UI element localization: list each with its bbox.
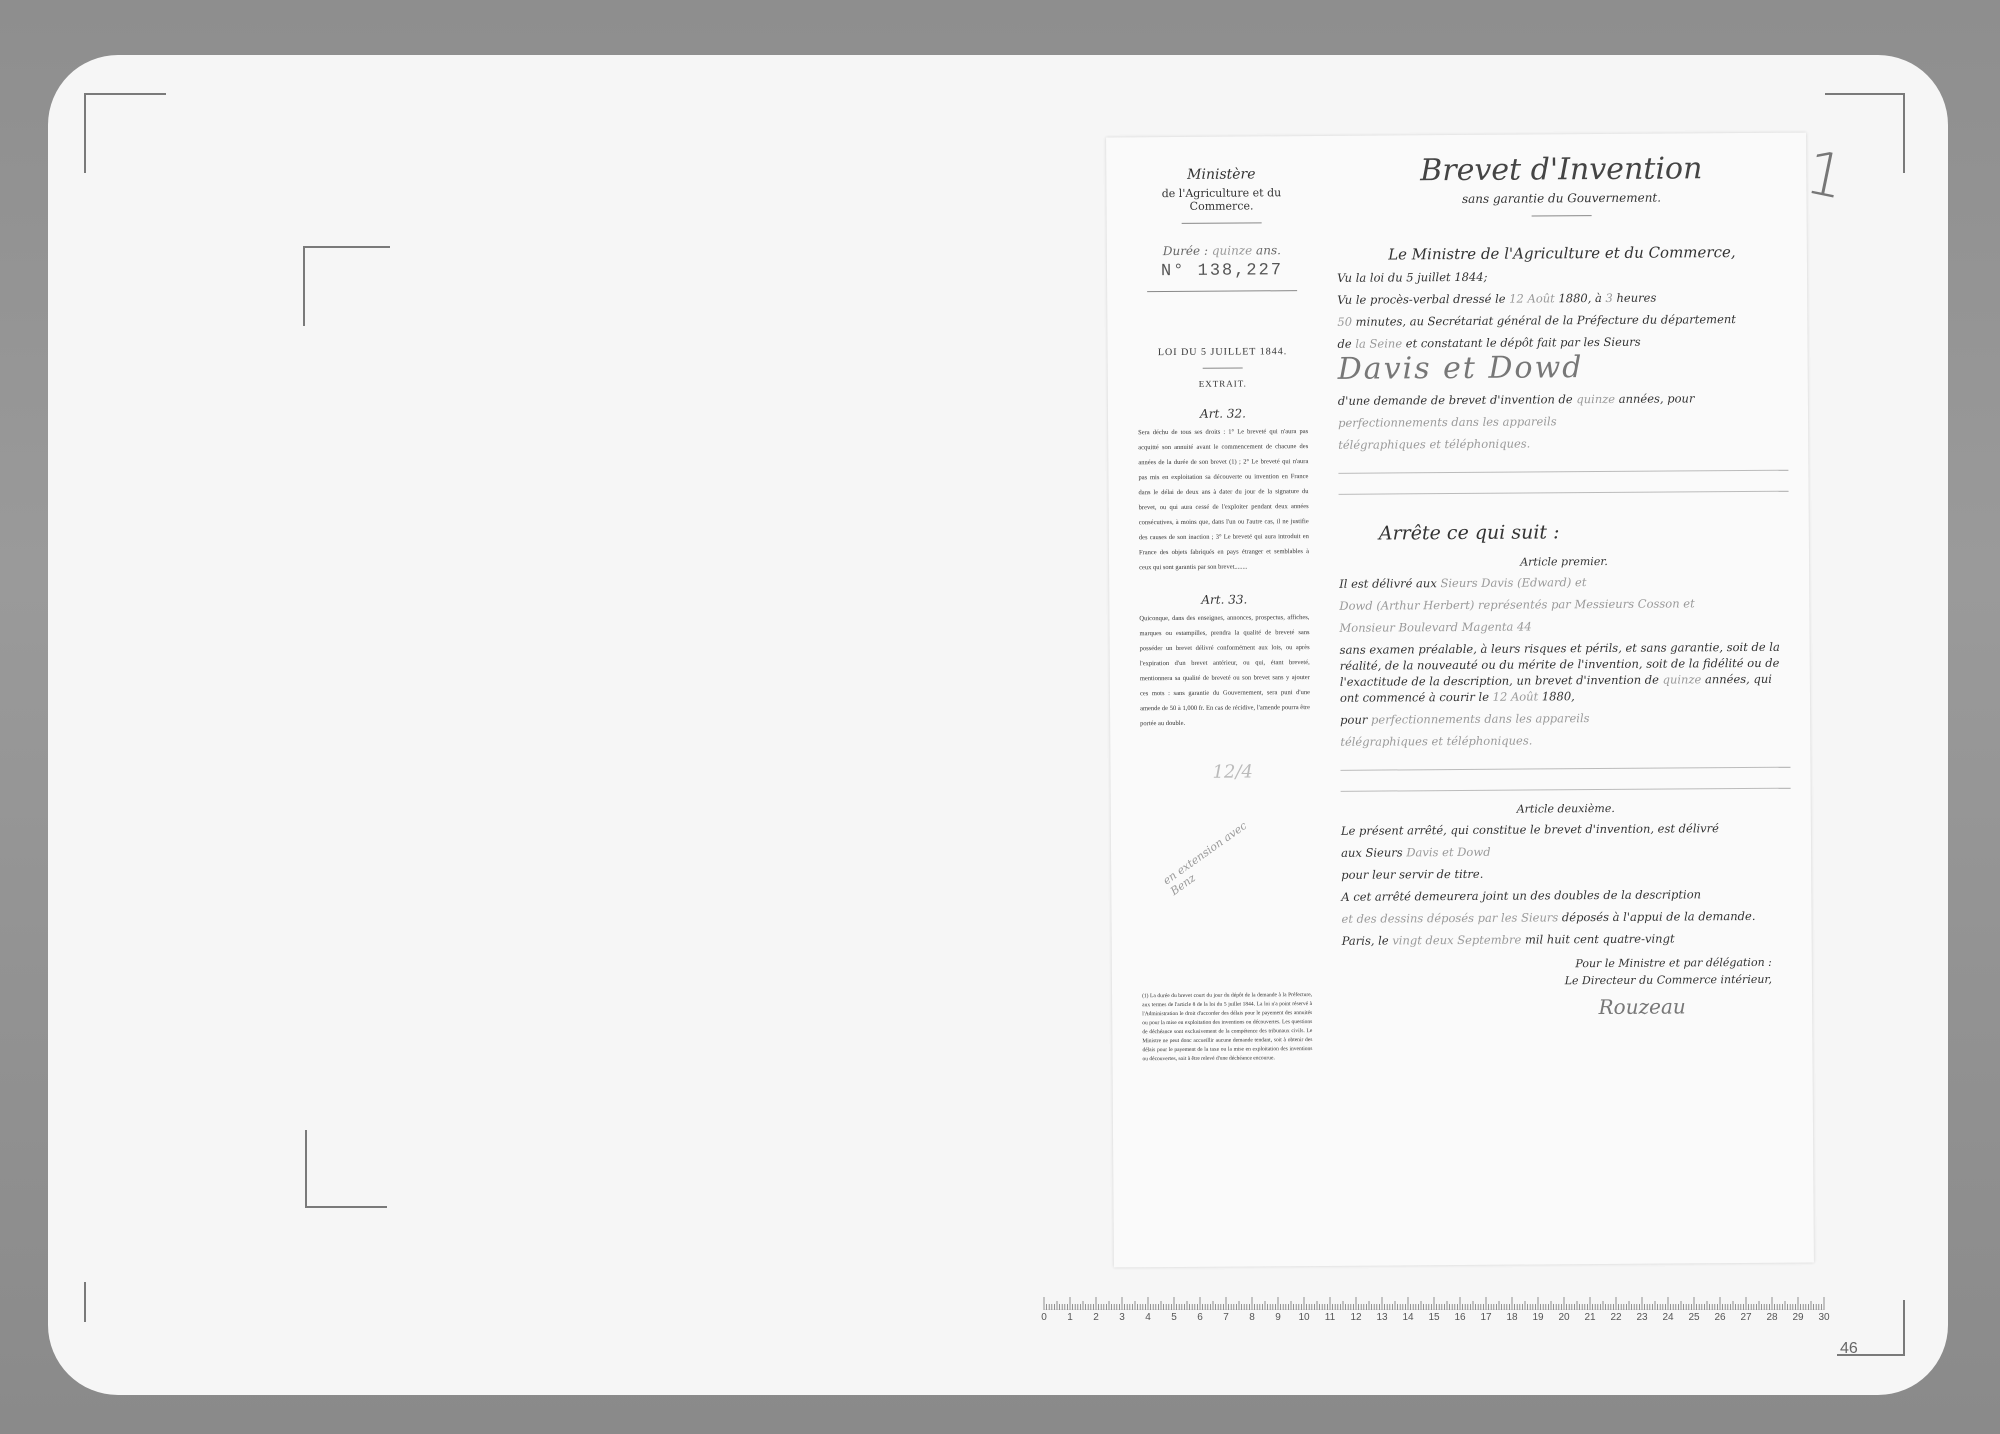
crop-mark-inner-top-left: [303, 246, 390, 326]
duration-label: Durée :: [1163, 244, 1208, 258]
text: aux Sieurs: [1341, 845, 1403, 859]
handwritten-department: la Seine: [1355, 336, 1402, 350]
ruler-label: 21: [1584, 1312, 1595, 1323]
signature: Rouzeau: [1492, 994, 1792, 1020]
extract-heading: EXTRAIT.: [1138, 378, 1308, 389]
ruler-label: 14: [1402, 1312, 1413, 1323]
vu-proces-verbal: Vu le procès-verbal dressé le 12 Août 18…: [1337, 289, 1787, 308]
article-2-heading: Article deuxième.: [1341, 801, 1791, 817]
ruler-label: 27: [1740, 1312, 1751, 1323]
director-title: Le Directeur du Commerce intérieur,: [1342, 973, 1772, 989]
article-2-text-1: Le présent arrêté, qui constitue le brev…: [1341, 820, 1791, 839]
ruler-label: 13: [1376, 1312, 1387, 1323]
ruler-label: 9: [1275, 1312, 1281, 1323]
minister-heading: Le Ministre de l'Agriculture et du Comme…: [1337, 243, 1787, 264]
ruler-label: 8: [1249, 1312, 1255, 1323]
ruler-label: 6: [1197, 1312, 1203, 1323]
handwritten-text: et des dessins déposés par les Sieurs: [1341, 910, 1558, 926]
text: minutes, au Secrétariat général de la Pr…: [1356, 312, 1736, 329]
divider: [1203, 368, 1243, 369]
patent-number: N° 138,227: [1137, 261, 1307, 281]
for-minister: Pour le Ministre et par délégation :: [1342, 956, 1772, 972]
text: et constatant le dépôt fait par les Sieu…: [1406, 335, 1641, 351]
blank-line: [1340, 768, 1790, 792]
ruler-label: 30: [1818, 1312, 1829, 1323]
ruler-label: 7: [1223, 1312, 1229, 1323]
ruler-label: 0: [1041, 1312, 1047, 1323]
text: mil huit cent quatre-vingt: [1525, 932, 1675, 947]
text: Il est délivré aux: [1339, 576, 1437, 591]
ministry-subheading: de l'Agriculture et du Commerce.: [1136, 186, 1306, 213]
article-2-text-3: A cet arrêté demeurera joint un des doub…: [1341, 886, 1791, 905]
ruler-label: 3: [1119, 1312, 1125, 1323]
law-title: LOI DU 5 JUILLET 1844.: [1138, 346, 1308, 358]
footnote: (1) La durée du brevet court du jour du …: [1142, 991, 1312, 1064]
ruler-label: 26: [1714, 1312, 1725, 1323]
article-1-heading: Article premier.: [1339, 554, 1789, 570]
handwritten-years: quinze: [1663, 672, 1702, 686]
duration-line: Durée : quinze ans.: [1137, 243, 1307, 258]
text: Paris, le: [1342, 934, 1389, 948]
duration-value: quinze: [1212, 243, 1253, 257]
handwritten-names: Davis et Dowd: [1406, 845, 1490, 860]
number-label: N°: [1161, 262, 1186, 281]
patent-document: Ministère de l'Agriculture et du Commerc…: [1106, 133, 1814, 1268]
ruler-label: 11: [1325, 1312, 1335, 1323]
text: 1880, à: [1558, 291, 1602, 305]
page-number: 46: [1840, 1340, 1858, 1358]
arrete-heading: Arrête ce qui suit :: [1379, 520, 1789, 545]
divider: [1147, 290, 1297, 292]
article-33-text: Quiconque, dans des enseignes, annonces,…: [1139, 610, 1310, 731]
ministry-heading: Ministère: [1136, 166, 1306, 183]
ruler-label: 24: [1662, 1312, 1673, 1323]
article-32-text: Sera déchu de tous ses droits : 1° Le br…: [1138, 424, 1309, 575]
handwritten-hour: 3: [1605, 291, 1612, 305]
article-2-text-2: pour leur servir de titre.: [1341, 864, 1791, 883]
ruler-label: 18: [1506, 1312, 1517, 1323]
handwritten-years: quinze: [1576, 392, 1615, 406]
minutes-line: 50 minutes, au Secrétariat général de la…: [1337, 311, 1787, 330]
ruler-label: 28: [1766, 1312, 1777, 1323]
article-2-text-4: et des dessins déposés par les Sieurs dé…: [1341, 908, 1791, 927]
handwritten-invention: perfectionnements dans les appareils: [1371, 711, 1590, 727]
ruler-label: 19: [1532, 1312, 1543, 1323]
ruler-label: 17: [1480, 1312, 1491, 1323]
ruler-label: 2: [1093, 1312, 1099, 1323]
ruler-ticks: [1042, 1296, 1832, 1310]
handwritten-minutes: 50: [1337, 315, 1352, 329]
left-column: Ministère de l'Agriculture et du Commerc…: [1136, 166, 1310, 731]
text: Vu le procès-verbal dressé le: [1337, 292, 1505, 307]
handwritten-stamp: en extension avec Benz: [1161, 801, 1282, 897]
number-value: 138,227: [1198, 261, 1284, 281]
article-33-title: Art. 33.: [1139, 592, 1309, 607]
text: déposés à l'appui de la demande.: [1562, 909, 1756, 924]
duration-unit: ans.: [1256, 243, 1281, 257]
ruler-label: 23: [1636, 1312, 1647, 1323]
article-2-aux: aux Sieurs Davis et Dowd: [1341, 842, 1791, 861]
measurement-ruler: 0123456789101112131415161718192021222324…: [1042, 1292, 1842, 1326]
main-column: Brevet d'Invention 1 sans garantie du Go…: [1336, 151, 1792, 1021]
handwritten-annotation: 12/4: [1212, 761, 1253, 782]
blank-line: [1338, 471, 1788, 495]
date-line: Paris, le vingt deux Septembre mil huit …: [1342, 930, 1792, 949]
crop-mark-bottom-left: [84, 1282, 166, 1322]
text: années, pour: [1619, 391, 1695, 406]
article-1-intro: Il est délivré aux Sieurs Davis (Edward)…: [1339, 573, 1789, 592]
ruler-label: 12: [1350, 1312, 1361, 1323]
ruler-label: 5: [1171, 1312, 1177, 1323]
article-1-handwritten-3: Monsieur Boulevard Magenta 44: [1339, 617, 1789, 636]
handwritten-date: vingt deux Septembre: [1392, 933, 1521, 948]
ruler-label: 29: [1792, 1312, 1803, 1323]
text: 1880,: [1542, 689, 1575, 703]
crop-mark-top-left: [84, 93, 166, 173]
ruler-label: 25: [1688, 1312, 1699, 1323]
ruler-label: 4: [1145, 1312, 1151, 1323]
divider: [1182, 222, 1262, 224]
applicants-names: Davis et Dowd: [1338, 349, 1788, 387]
handwritten-names: Sieurs Davis (Edward) et: [1440, 575, 1586, 590]
crop-mark-inner-bottom-left: [305, 1130, 387, 1208]
ruler-label: 10: [1298, 1312, 1309, 1323]
vu-loi: Vu la loi du 5 juillet 1844;: [1337, 267, 1787, 286]
ruler-label: 16: [1454, 1312, 1465, 1323]
divider: [1532, 215, 1592, 216]
document-subtitle: sans garantie du Gouvernement.: [1336, 190, 1786, 207]
handwritten-date: 12 Août: [1493, 689, 1539, 703]
ruler-label: 20: [1558, 1312, 1569, 1323]
invention-description-1: perfectionnements dans les appareils: [1338, 412, 1788, 431]
text: heures: [1616, 291, 1656, 305]
ruler-label: 22: [1610, 1312, 1621, 1323]
text: de: [1337, 337, 1351, 351]
text: d'une demande de brevet d'invention de: [1338, 392, 1573, 408]
article-1-handwritten-2: Dowd (Arthur Herbert) représentés par Me…: [1339, 595, 1789, 614]
article-1-body: sans examen préalable, à leurs risques e…: [1340, 639, 1790, 706]
demand-line: d'une demande de brevet d'invention de q…: [1338, 390, 1788, 409]
document-title: Brevet d'Invention: [1336, 151, 1786, 189]
article-32-title: Art. 32.: [1138, 406, 1308, 421]
ruler-label: 15: [1428, 1312, 1439, 1323]
ruler-label: 1: [1067, 1312, 1073, 1323]
handwritten-date: 12 Août: [1509, 291, 1555, 305]
text: pour: [1340, 713, 1367, 727]
article-1-pour: pour perfectionnements dans les appareil…: [1340, 709, 1790, 728]
